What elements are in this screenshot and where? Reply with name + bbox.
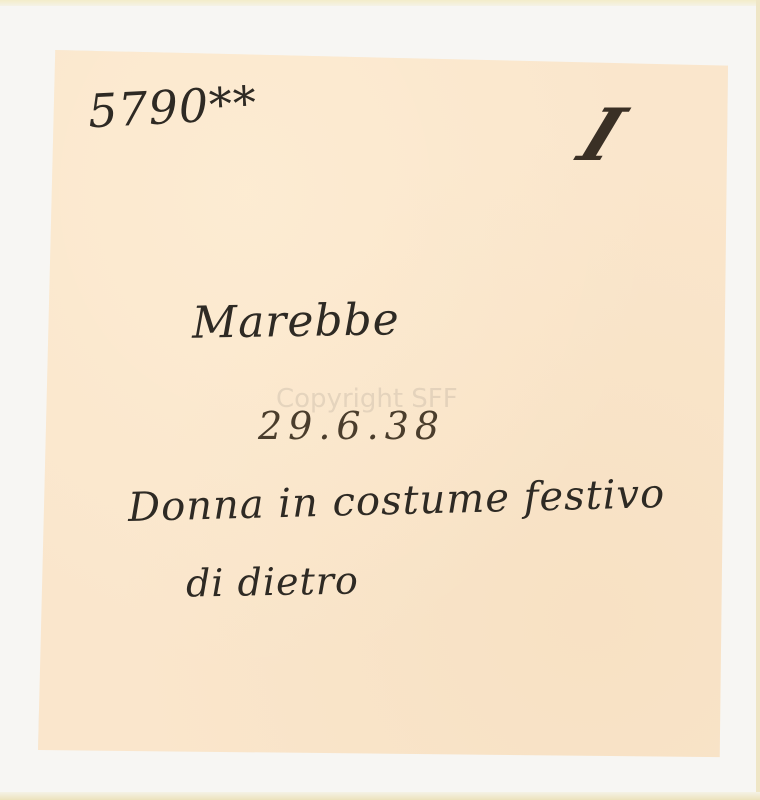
top-border-strip	[0, 0, 760, 6]
date: 29.6.38	[258, 404, 445, 448]
description-line-2: di dietro	[186, 558, 360, 605]
bottom-border-strip	[0, 792, 760, 800]
catalog-number: 5790**	[87, 76, 259, 139]
right-border-strip	[756, 0, 760, 800]
place-name: Marebbe	[192, 294, 401, 349]
